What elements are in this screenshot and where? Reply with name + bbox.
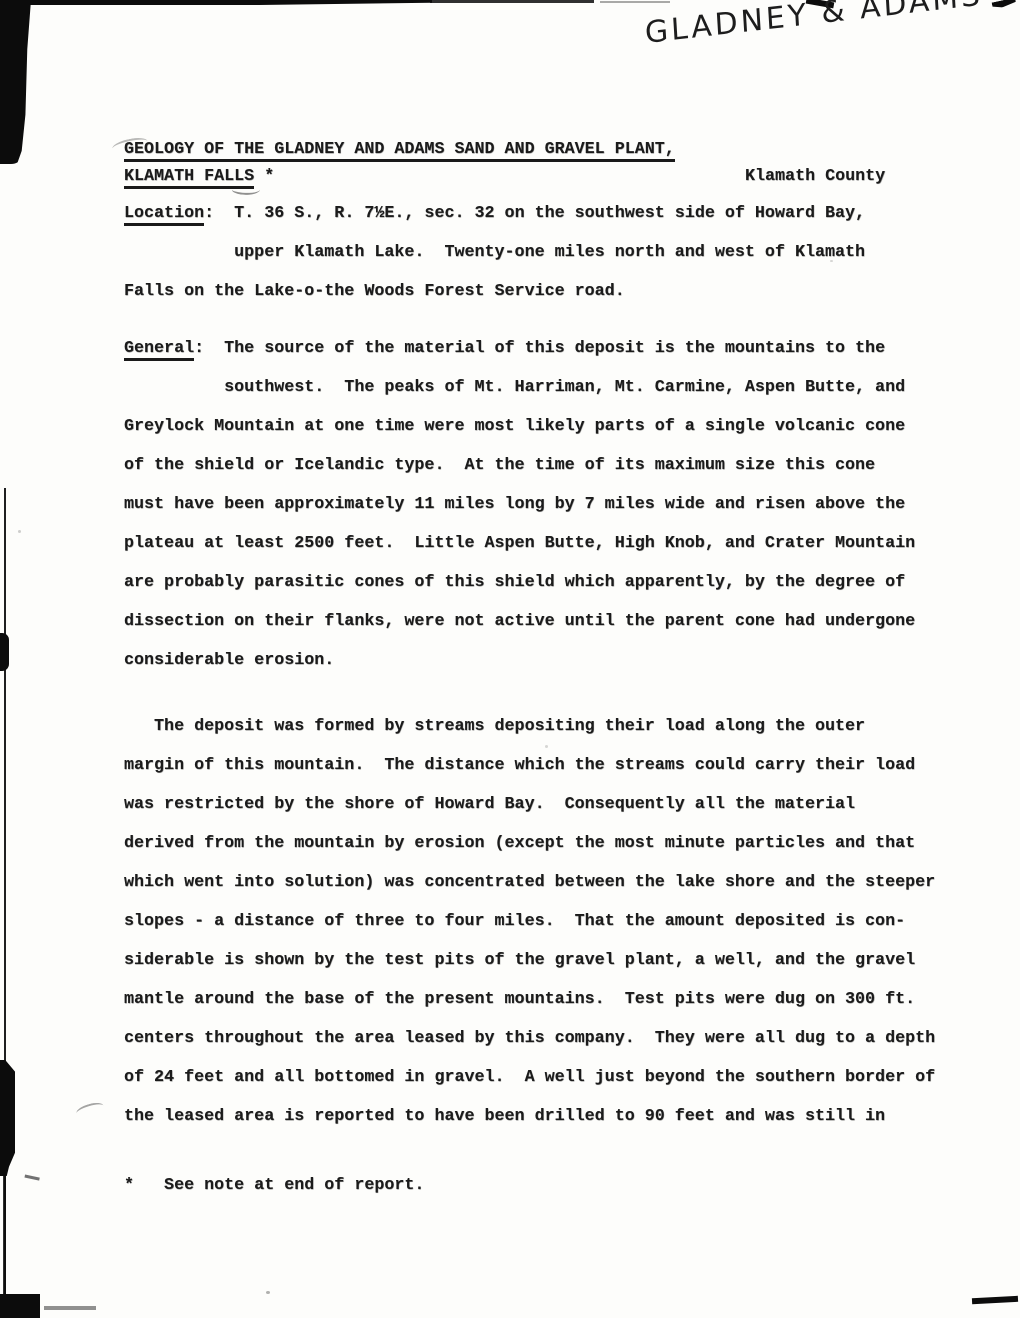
general-label: General	[124, 339, 194, 361]
scanned-document-page: GLADNEY & ADAMS GEOLOGY OF THE GLADNEY A…	[0, 0, 1020, 1318]
text-line: the leased area is reported to have been…	[124, 1097, 948, 1136]
text-line: Falls on the Lake-o-the Woods Forest Ser…	[124, 272, 948, 311]
text-line: of 24 feet and all bottomed in gravel. A…	[124, 1058, 948, 1097]
title-line-2: KLAMATH FALLS *Klamath County	[124, 163, 948, 190]
general-text: : The source of the material of this dep…	[194, 339, 885, 358]
handwritten-annotation: GLADNEY & ADAMS	[644, 0, 984, 51]
pencil-mark	[23, 1175, 40, 1187]
document-title: GEOLOGY OF THE GLADNEY AND ADAMS SAND AN…	[124, 136, 948, 190]
title-asterisk: *	[254, 167, 274, 186]
text-line: dissection on their flanks, were not act…	[124, 602, 948, 641]
scan-edge-top	[0, 0, 432, 5]
pencil-mark	[75, 1100, 105, 1118]
text-line: are probably parasitic cones of this shi…	[124, 563, 948, 602]
text-line: The deposit was formed by streams deposi…	[124, 707, 948, 746]
footnote-text: * See note at end of report.	[124, 1166, 948, 1205]
scan-mark	[992, 0, 1017, 9]
title-line-1-text: GEOLOGY OF THE GLADNEY AND ADAMS SAND AN…	[124, 140, 675, 162]
scan-edge-blob	[0, 1060, 15, 1176]
scan-edge-top	[600, 1, 670, 3]
scan-mark	[44, 1306, 96, 1310]
scan-speck	[18, 530, 21, 533]
location-section: Location: T. 36 S., R. 7½E., sec. 32 on …	[124, 194, 948, 311]
scan-edge-top	[430, 0, 594, 3]
text-line: derived from the mountain by erosion (ex…	[124, 824, 948, 863]
text-line: margin of this mountain. The distance wh…	[124, 746, 948, 785]
text-line: General: The source of the material of t…	[124, 329, 948, 368]
deposit-paragraph: The deposit was formed by streams deposi…	[124, 707, 948, 1136]
text-line: considerable erosion.	[124, 641, 948, 680]
scan-speck	[266, 1291, 270, 1294]
scan-edge-bottom	[158, 1300, 1016, 1307]
document-content: GEOLOGY OF THE GLADNEY AND ADAMS SAND AN…	[124, 136, 948, 1205]
text-line: southwest. The peaks of Mt. Harriman, Mt…	[124, 368, 948, 407]
text-line: siderable is shown by the test pits of t…	[124, 941, 948, 980]
text-line: Location: T. 36 S., R. 7½E., sec. 32 on …	[124, 194, 948, 233]
text-line: must have been approximately 11 miles lo…	[124, 485, 948, 524]
text-line: plateau at least 2500 feet. Little Aspen…	[124, 524, 948, 563]
text-line: which went into solution) was concentrat…	[124, 863, 948, 902]
location-label: Location	[124, 204, 204, 226]
county-label: Klamath County	[745, 163, 885, 190]
text-line: Greylock Mountain at one time were most …	[124, 407, 948, 446]
title-line-2-text: KLAMATH FALLS	[124, 167, 254, 189]
text-line: was restricted by the shore of Howard Ba…	[124, 785, 948, 824]
scan-edge-blob	[0, 633, 9, 671]
footnote-section: * See note at end of report.	[124, 1166, 948, 1205]
text-line: centers throughout the area leased by th…	[124, 1019, 948, 1058]
text-line: mantle around the base of the present mo…	[124, 980, 948, 1019]
text-line: of the shield or Icelandic type. At the …	[124, 446, 948, 485]
general-section: General: The source of the material of t…	[124, 329, 948, 680]
location-text: : T. 36 S., R. 7½E., sec. 32 on the sout…	[204, 204, 865, 223]
scan-corner-blob	[0, 0, 31, 164]
scan-corner-blob	[0, 1294, 40, 1318]
text-line: slopes - a distance of three to four mil…	[124, 902, 948, 941]
text-line: upper Klamath Lake. Twenty-one miles nor…	[124, 233, 948, 272]
title-line-1: GEOLOGY OF THE GLADNEY AND ADAMS SAND AN…	[124, 136, 948, 163]
